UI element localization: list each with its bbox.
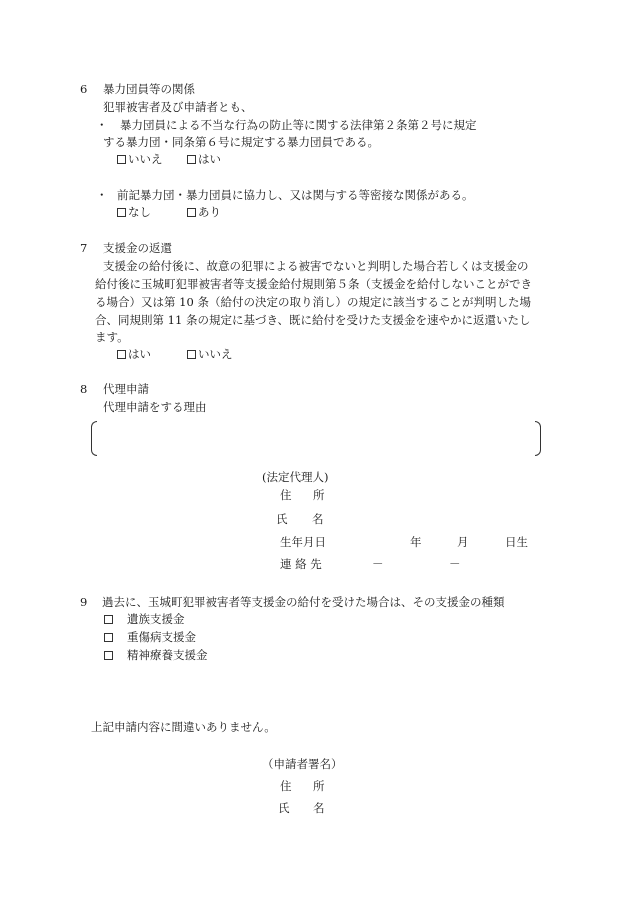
section6-number: 6 — [80, 84, 87, 96]
checkbox-icon[interactable] — [187, 350, 196, 359]
checkbox-option-exists[interactable]: あり — [187, 207, 221, 219]
reason-label: 代理申請をする理由 — [103, 402, 207, 414]
section7-title: 支援金の返還 — [103, 243, 172, 255]
contact-separator: － — [449, 559, 461, 571]
checkbox-option-no[interactable]: いいえ — [117, 154, 163, 166]
signer-address-label-1: 住 — [280, 781, 292, 793]
section7-paragraph-line: る場合）又は第 10 条（給付の決定の取り消し）の規定に該当することが判明した場 — [95, 297, 531, 309]
section7-paragraph-line: 支援金の給付後に、故意の犯罪による被害でないと判明した場合若しくは支援金の — [103, 261, 529, 273]
contact-label: 連 絡 先 — [280, 559, 322, 571]
checkbox-option-serious-injury[interactable]: 重傷病支援金 — [104, 632, 196, 644]
option-label: いいえ — [198, 347, 233, 361]
birthdate-label: 生年月日 — [280, 537, 326, 549]
signer-address-label-2: 所 — [313, 781, 325, 793]
option-label: はい — [198, 152, 221, 166]
checkbox-icon[interactable] — [104, 633, 113, 642]
bracket-right — [535, 421, 541, 456]
section6-item1-line2: する暴力団・同条第６号に規定する暴力団員である。 — [103, 137, 379, 149]
section7-number: 7 — [80, 243, 87, 255]
declaration-text: 上記申請内容に間違いありません。 — [91, 722, 276, 734]
agent-name-label-1: 氏 — [276, 514, 288, 526]
agent-address-label-2: 所 — [313, 490, 325, 502]
birth-month-unit: 月 — [457, 537, 469, 549]
bullet: ・ — [96, 120, 108, 132]
agent-name-label-2: 名 — [312, 514, 324, 526]
section6-item2-text: 前記暴力団・暴力団員に協力し、又は関与する等密接な関係がある。 — [117, 190, 474, 202]
checkbox-icon[interactable] — [187, 155, 196, 164]
signer-heading: （申請者署名） — [262, 759, 343, 771]
section9-title: 過去に、玉城町犯罪被害者等支援金の給付を受けた場合は、その支援金の種類 — [102, 597, 505, 609]
option-label: 遺族支援金 — [127, 612, 185, 626]
checkbox-icon[interactable] — [117, 208, 126, 217]
section6-intro: 犯罪被害者及び申請者とも、 — [103, 102, 253, 114]
checkbox-option-bereaved[interactable]: 遺族支援金 — [104, 614, 185, 626]
section8-number: 8 — [80, 384, 87, 396]
contact-separator: － — [372, 559, 384, 571]
bullet: ・ — [96, 190, 108, 202]
option-label: 精神療養支援金 — [127, 648, 208, 662]
birth-day-unit: 日生 — [505, 537, 528, 549]
checkbox-icon[interactable] — [117, 350, 126, 359]
checkbox-option-yes[interactable]: はい — [117, 349, 151, 361]
reason-input[interactable] — [100, 425, 530, 451]
option-label: なし — [128, 205, 151, 219]
checkbox-icon[interactable] — [117, 155, 126, 164]
section7-paragraph-line: 合、同規則第 11 条の規定に基づき、既に給付を受けた支援金を速やかに返還いたし — [95, 315, 530, 327]
checkbox-icon[interactable] — [104, 651, 113, 660]
option-label: はい — [128, 347, 151, 361]
signer-name-label-2: 名 — [313, 803, 325, 815]
agent-address-label-1: 住 — [280, 490, 292, 502]
bracket-left — [91, 421, 97, 456]
signer-name-label-1: 氏 — [278, 803, 290, 815]
checkbox-option-yes[interactable]: はい — [187, 154, 221, 166]
agent-heading: (法定代理人) — [262, 472, 328, 484]
section9-number: 9 — [80, 597, 87, 609]
option-label: あり — [198, 205, 221, 219]
birth-year-unit: 年 — [410, 537, 422, 549]
section7-paragraph-line: 給付後に玉城町犯罪被害者等支援金給付規則第５条（支援金を給付しないことができ — [95, 279, 532, 291]
checkbox-icon[interactable] — [187, 208, 196, 217]
checkbox-option-none[interactable]: なし — [117, 207, 151, 219]
section6-title: 暴力団員等の関係 — [103, 84, 195, 96]
section6-item1-line1: 暴力団員による不当な行為の防止等に関する法律第２条第２号に規定 — [120, 120, 477, 132]
checkbox-option-no[interactable]: いいえ — [187, 349, 233, 361]
checkbox-option-mental-care[interactable]: 精神療養支援金 — [104, 650, 208, 662]
section8-title: 代理申請 — [103, 384, 149, 396]
option-label: 重傷病支援金 — [127, 630, 196, 644]
checkbox-icon[interactable] — [104, 615, 113, 624]
option-label: いいえ — [128, 152, 163, 166]
section7-paragraph-line: ます。 — [95, 332, 129, 344]
